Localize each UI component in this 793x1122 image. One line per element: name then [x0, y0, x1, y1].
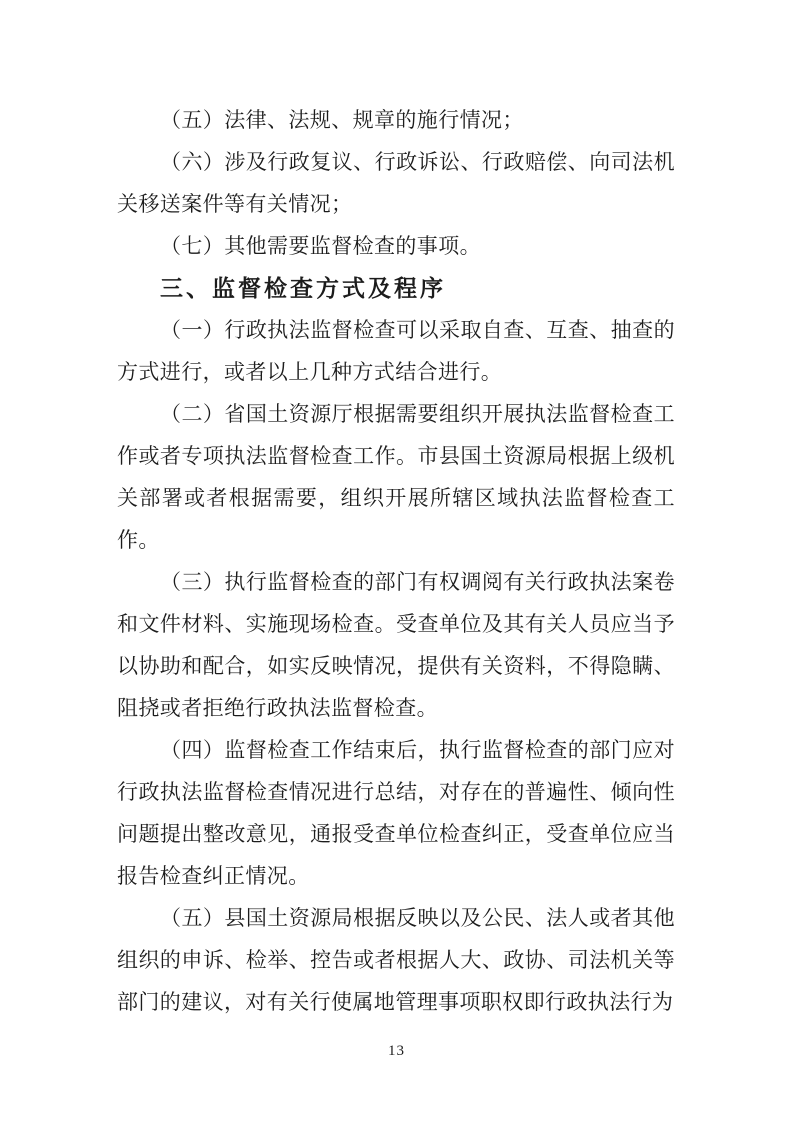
page-footer: 13 — [0, 1040, 793, 1062]
text-line: （三）执行监督检查的部门有权调阅有关行政执法案卷 — [117, 561, 675, 603]
text-line: 以协助和配合，如实反映情况，提供有关资料，不得隐瞒、 — [117, 645, 675, 687]
document-body: （五）法律、法规、规章的施行情况；（六）涉及行政复议、行政诉讼、行政赔偿、向司法… — [117, 99, 675, 1023]
text-line: 和文件材料、实施现场检查。受查单位及其有关人员应当予 — [117, 603, 675, 645]
text-line: （五）法律、法规、规章的施行情况； — [117, 99, 675, 141]
text-line: 行政执法监督检查情况进行总结，对存在的普遍性、倾向性 — [117, 771, 675, 813]
text-line: 三、监督检查方式及程序 — [117, 267, 675, 309]
text-line: （二）省国土资源厅根据需要组织开展执法监督检查工 — [117, 393, 675, 435]
text-line: （七）其他需要监督检查的事项。 — [117, 225, 675, 267]
text-line: 问题提出整改意见，通报受查单位检查纠正，受查单位应当 — [117, 813, 675, 855]
text-line: 方式进行，或者以上几种方式结合进行。 — [117, 351, 675, 393]
paragraph: （七）其他需要监督检查的事项。 — [117, 225, 675, 267]
text-line: 关移送案件等有关情况； — [117, 183, 675, 225]
text-line: （四）监督检查工作结束后，执行监督检查的部门应对 — [117, 729, 675, 771]
page-number: 13 — [388, 1043, 405, 1059]
paragraph: （二）省国土资源厅根据需要组织开展执法监督检查工作或者专项执法监督检查工作。市县… — [117, 393, 675, 561]
text-line: 报告检查纠正情况。 — [117, 855, 675, 897]
text-line: （五）县国土资源局根据反映以及公民、法人或者其他 — [117, 897, 675, 939]
text-line: 组织的申诉、检举、控告或者根据人大、政协、司法机关等 — [117, 939, 675, 981]
paragraph: （一）行政执法监督检查可以采取自查、互查、抽查的方式进行，或者以上几种方式结合进… — [117, 309, 675, 393]
paragraph: （五）法律、法规、规章的施行情况； — [117, 99, 675, 141]
text-line: 关部署或者根据需要，组织开展所辖区域执法监督检查工 — [117, 477, 675, 519]
text-line: （一）行政执法监督检查可以采取自查、互查、抽查的 — [117, 309, 675, 351]
document-page: （五）法律、法规、规章的施行情况；（六）涉及行政复议、行政诉讼、行政赔偿、向司法… — [0, 0, 793, 1122]
paragraph: （三）执行监督检查的部门有权调阅有关行政执法案卷和文件材料、实施现场检查。受查单… — [117, 561, 675, 729]
text-line: 阻挠或者拒绝行政执法监督检查。 — [117, 687, 675, 729]
text-line: 作。 — [117, 519, 675, 561]
text-line: （六）涉及行政复议、行政诉讼、行政赔偿、向司法机 — [117, 141, 675, 183]
text-line: 作或者专项执法监督检查工作。市县国土资源局根据上级机 — [117, 435, 675, 477]
section-heading: 三、监督检查方式及程序 — [117, 267, 675, 309]
paragraph: （六）涉及行政复议、行政诉讼、行政赔偿、向司法机关移送案件等有关情况； — [117, 141, 675, 225]
paragraph: （五）县国土资源局根据反映以及公民、法人或者其他组织的申诉、检举、控告或者根据人… — [117, 897, 675, 1023]
paragraph: （四）监督检查工作结束后，执行监督检查的部门应对行政执法监督检查情况进行总结，对… — [117, 729, 675, 897]
text-line: 部门的建议，对有关行使属地管理事项职权即行政执法行为 — [117, 981, 675, 1023]
